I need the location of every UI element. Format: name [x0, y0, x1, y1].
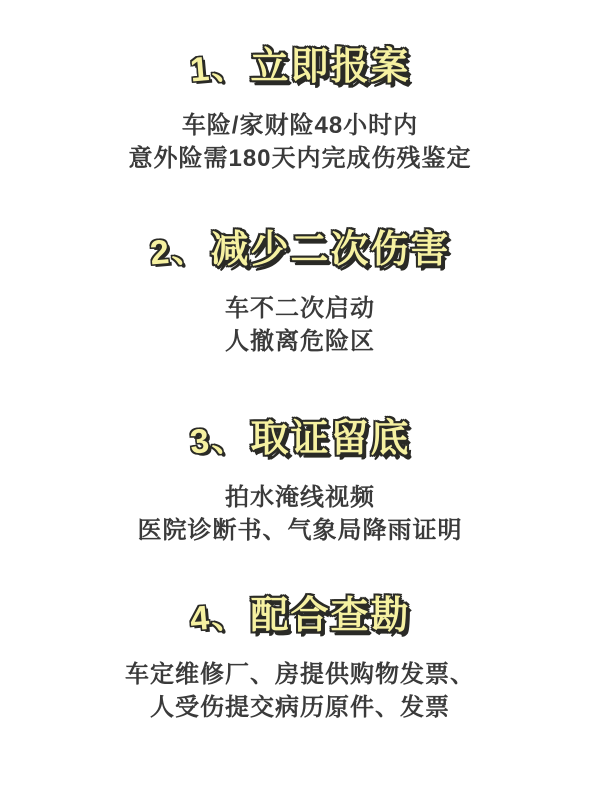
- step-detail-line: 医院诊断书、气象局降雨证明: [0, 514, 600, 547]
- step-3-body: 拍水淹线视频 医院诊断书、气象局降雨证明: [0, 481, 600, 547]
- step-detail-line: 人撤离危险区: [0, 325, 600, 358]
- step-1-body: 车险/家财险48小时内 意外险需180天内完成伤残鉴定: [0, 109, 600, 175]
- step-4-title: 4、配合查勘: [0, 595, 600, 638]
- step-detail-line: 意外险需180天内完成伤残鉴定: [0, 142, 600, 175]
- step-1-title: 1、立即报案: [0, 46, 600, 89]
- step-3-title: 3、取证留底: [0, 418, 600, 461]
- step-section-4: 4、配合查勘 车定维修厂、房提供购物发票、 人受伤提交病历原件、发票: [0, 595, 600, 724]
- step-section-2: 2、减少二次伤害 车不二次启动 人撤离危险区: [0, 229, 600, 358]
- step-2-body: 车不二次启动 人撤离危险区: [0, 292, 600, 358]
- step-4-body: 车定维修厂、房提供购物发票、 人受伤提交病历原件、发票: [0, 658, 600, 724]
- step-detail-line: 人受伤提交病历原件、发票: [0, 691, 600, 724]
- step-detail-line: 车定维修厂、房提供购物发票、: [0, 658, 600, 691]
- step-detail-line: 车险/家财险48小时内: [0, 109, 600, 142]
- step-4-number: 4、: [188, 594, 248, 641]
- step-section-3: 3、取证留底 拍水淹线视频 医院诊断书、气象局降雨证明: [0, 418, 600, 547]
- step-2-title: 2、减少二次伤害: [0, 229, 600, 272]
- step-2-number: 2、: [148, 228, 208, 275]
- step-section-1: 1、立即报案 车险/家财险48小时内 意外险需180天内完成伤残鉴定: [0, 46, 600, 175]
- step-detail-line: 拍水淹线视频: [0, 481, 600, 514]
- step-1-number: 1、: [188, 45, 248, 92]
- step-2-title-text: 减少二次伤害: [210, 229, 450, 271]
- infographic-page: 1、立即报案 车险/家财险48小时内 意外险需180天内完成伤残鉴定 2、减少二…: [0, 0, 600, 800]
- step-1-title-text: 立即报案: [250, 46, 410, 88]
- step-3-title-text: 取证留底: [250, 418, 410, 460]
- step-4-title-text: 配合查勘: [250, 595, 410, 637]
- step-detail-line: 车不二次启动: [0, 292, 600, 325]
- step-3-number: 3、: [188, 417, 248, 464]
